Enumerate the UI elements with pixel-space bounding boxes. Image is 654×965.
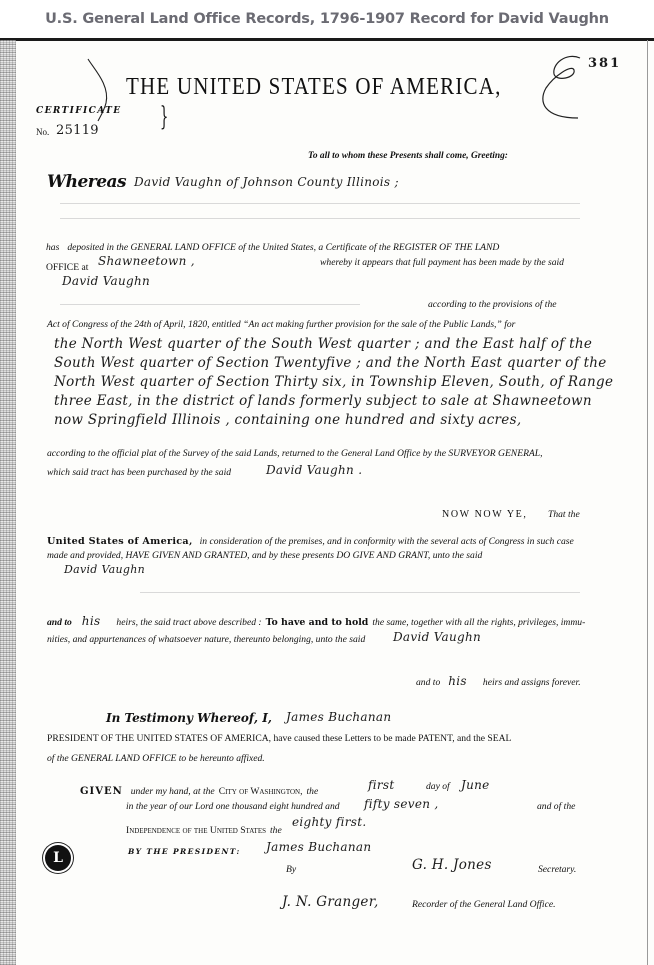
page-number: 381: [588, 56, 621, 71]
whereas-grantee: David Vaughn of Johnson County Illinois …: [134, 175, 399, 189]
deposit-text-1: deposited in the GENERAL LAND OFFICE of …: [67, 242, 499, 253]
given-line: GIVEN under my hand, at the City of Wash…: [80, 781, 318, 799]
general-land-office-seal: L: [45, 845, 71, 871]
survey-line-1: according to the official plat of the Su…: [47, 448, 543, 459]
forever-his-handwritten: his: [448, 674, 467, 688]
deposit-line-2: OFFICE at: [46, 257, 88, 275]
testimony-president-name: James Buchanan: [286, 710, 391, 724]
by-the-president-label: BY THE PRESIDENT:: [128, 847, 241, 856]
given-label: GIVEN: [80, 786, 123, 797]
independence-line: Independence of the United States the: [126, 820, 282, 838]
document-heading: THE UNITED STATES OF AMERICA,: [126, 72, 502, 101]
grantee-name: David Vaughn: [64, 563, 145, 576]
habendum-line-1-rest: heirs, the said tract above described :: [116, 617, 261, 628]
grant-line-2: made and provided, HAVE GIVEN AND GRANTE…: [47, 550, 482, 561]
testimony-label: In Testimony Whereof, I,: [106, 711, 272, 725]
blank-line: [60, 203, 580, 204]
land-description-line: now Springfield Illinois , containing on…: [54, 411, 613, 430]
grant-line-1: United States of America, in considerati…: [47, 531, 574, 549]
whereas-label: Whereas: [47, 172, 126, 192]
independence-year: eighty first.: [292, 815, 366, 829]
land-description-line: South West quarter of Section Twentyfive…: [54, 354, 613, 373]
his-handwritten: his: [82, 614, 101, 628]
document-top-border: [0, 38, 654, 41]
heirs-forever-line: and to his heirs and assigns forever.: [416, 672, 581, 690]
certificate-label: CERTIFICATE: [36, 106, 121, 116]
given-day: first: [368, 778, 395, 792]
payer-name: David Vaughn: [62, 274, 150, 288]
habendum-grantee: David Vaughn: [393, 630, 481, 644]
forever-and-to: and to: [416, 677, 440, 688]
given-year: fifty seven ,: [364, 797, 439, 811]
independence-the: the: [270, 825, 282, 836]
land-description-line: the North West quarter of the South West…: [54, 335, 613, 354]
given-text: under my hand, at the: [131, 786, 215, 797]
by-label: By: [286, 864, 296, 875]
document-left-binding-edge: [0, 40, 16, 965]
given-the: the: [306, 786, 318, 797]
given-day-of: day of: [426, 781, 450, 792]
now-know-ye: NOW NOW YE,: [442, 509, 527, 520]
blank-line: [60, 304, 360, 305]
forever-rest: heirs and assigns forever.: [483, 677, 581, 688]
survey-line-2: which said tract has been purchased by t…: [47, 467, 231, 478]
and-of-the: and of the: [537, 801, 575, 812]
given-month: June: [461, 778, 490, 792]
habendum-line-2: nities, and appurtenances of whatsoever …: [47, 634, 365, 645]
usa-blackletter: United States of America,: [47, 536, 193, 547]
purchaser-name: David Vaughn .: [266, 463, 362, 477]
habendum-line-1: and to his heirs, the said tract above d…: [47, 612, 585, 630]
year-text: in the year of our Lord one thousand eig…: [126, 801, 340, 812]
land-description: the North West quarter of the South West…: [54, 335, 613, 430]
secretary-signature: G. H. Jones: [412, 857, 492, 873]
secretary-label: Secretary.: [538, 864, 576, 875]
provisions-line-2: Act of Congress of the 24th of April, 18…: [47, 319, 515, 330]
deposit-text-2: whereby it appears that full payment has…: [320, 257, 564, 268]
to-have-and-to-hold: To have and to hold: [266, 617, 369, 628]
deposit-prefix: has: [46, 242, 59, 253]
document-right-border: [647, 40, 648, 965]
deposit-line-1: has deposited in the GENERAL LAND OFFICE…: [46, 237, 499, 255]
land-description-line: North West quarter of Section Thirty six…: [54, 373, 613, 392]
handwritten-e-mark: [536, 52, 586, 124]
testimony-line-2: of the GENERAL LAND OFFICE to be hereunt…: [47, 753, 265, 764]
office-at-label: OFFICE at: [46, 262, 88, 273]
provisions-line-1: according to the provisions of the: [428, 299, 557, 310]
seal-glyph: L: [53, 850, 63, 866]
independence-label: Independence of the United States: [126, 825, 266, 836]
that-the: That the: [548, 509, 580, 520]
and-to: and to: [47, 617, 72, 628]
certificate-no-label: No.: [36, 127, 49, 137]
greeting: To all to whom these Presents shall come…: [308, 151, 508, 161]
page-title: U.S. General Land Office Records, 1796-1…: [0, 11, 654, 27]
certificate-number: 25119: [56, 123, 99, 138]
president-signature: James Buchanan: [266, 840, 371, 854]
recorder-label: Recorder of the General Land Office.: [412, 899, 556, 910]
land-description-line: three East, in the district of lands for…: [54, 392, 613, 411]
given-city: City of Washington,: [219, 786, 303, 797]
blank-line: [140, 592, 580, 593]
grant-line-1-rest: in consideration of the premises, and in…: [200, 536, 574, 547]
office-location: Shawneetown ,: [98, 254, 195, 268]
recorder-signature: J. N. Granger,: [282, 894, 379, 910]
blank-line: [60, 218, 580, 219]
certificate-brace: }: [160, 104, 168, 130]
habendum-line-1-end: the same, together with all the rights, …: [372, 617, 585, 628]
testimony-line-1: PRESIDENT OF THE UNITED STATES OF AMERIC…: [47, 733, 511, 744]
